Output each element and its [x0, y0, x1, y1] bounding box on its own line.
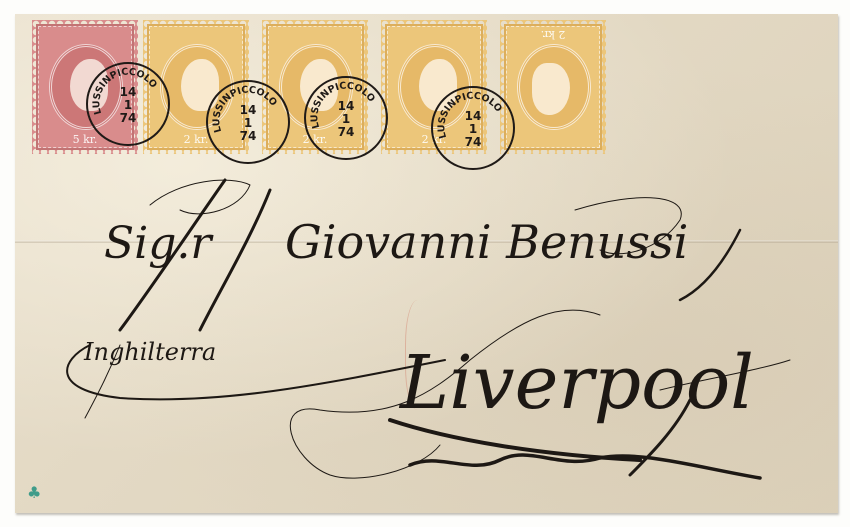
address-country: Inghilterra: [84, 338, 216, 366]
address-name: Giovanni Benussi: [285, 215, 688, 269]
address-salutation: Sig.r: [104, 218, 211, 269]
pencil-mark: ♣: [27, 483, 41, 502]
address-city: Liverpool: [400, 340, 754, 426]
